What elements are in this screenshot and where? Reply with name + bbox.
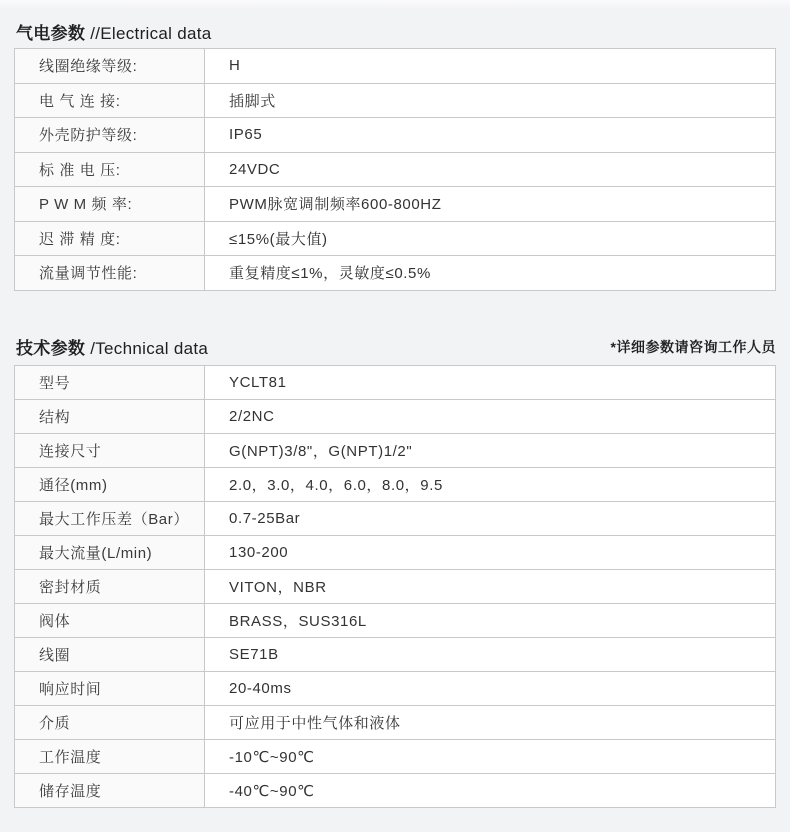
table-row: 最大流量(L/min) 130-200 [15,536,775,570]
row-value: 插脚式 [205,84,775,118]
row-label: 最大工作压差（Bar） [15,502,205,535]
row-value: BRASS，SUS316L [205,604,775,637]
electrical-title-en: //Electrical data [90,24,211,43]
table-row: 最大工作压差（Bar） 0.7-25Bar [15,502,775,536]
row-value: 24VDC [205,153,775,187]
technical-note: *详细参数请咨询工作人员 [611,337,776,357]
row-label: 结构 [15,400,205,433]
row-value: G(NPT)3/8"，G(NPT)1/2" [205,434,775,467]
technical-section-title: 技术参数 /Technical data [16,334,208,359]
row-label: 工作温度 [15,740,205,773]
table-row: P W M 频 率: PWM脉宽调制频率600-800HZ [15,187,775,222]
table-row: 阀体 BRASS，SUS316L [15,604,775,638]
spec-sheet-page: 气电参数 //Electrical data 线圈绝缘等级: H 电 气 连 接… [0,0,790,832]
row-label: 电 气 连 接: [15,84,205,118]
table-row: 介质 可应用于中性气体和液体 [15,706,775,740]
row-label: 标 准 电 压: [15,153,205,187]
row-label: 流量调节性能: [15,256,205,290]
row-label: 储存温度 [15,774,205,807]
row-label: 阀体 [15,604,205,637]
row-label: 迟 滞 精 度: [15,222,205,256]
row-label: 型号 [15,366,205,399]
table-row: 线圈绝缘等级: H [15,49,775,84]
table-row: 线圈 SE71B [15,638,775,672]
electrical-title-zh: 气电参数 [16,24,85,43]
row-value: ≤15%(最大值) [205,222,775,256]
row-label: 连接尺寸 [15,434,205,467]
table-row: 密封材质 VITON，NBR [15,570,775,604]
row-value: -10℃~90℃ [205,740,775,773]
table-row: 流量调节性能: 重复精度≤1%，灵敏度≤0.5% [15,256,775,291]
row-value: 130-200 [205,536,775,569]
row-value: 可应用于中性气体和液体 [205,706,775,739]
row-label: 通径(mm) [15,468,205,501]
table-row: 迟 滞 精 度: ≤15%(最大值) [15,222,775,257]
row-label: 外壳防护等级: [15,118,205,152]
table-row: 外壳防护等级: IP65 [15,118,775,153]
row-value: 2.0，3.0，4.0，6.0，8.0，9.5 [205,468,775,501]
table-row: 通径(mm) 2.0，3.0，4.0，6.0，8.0，9.5 [15,468,775,502]
electrical-data-table: 线圈绝缘等级: H 电 气 连 接: 插脚式 外壳防护等级: IP65 标 准 … [14,48,776,291]
table-row: 标 准 电 压: 24VDC [15,153,775,188]
table-row: 响应时间 20-40ms [15,672,775,706]
electrical-section-title: 气电参数 //Electrical data [16,19,212,44]
row-value: PWM脉宽调制频率600-800HZ [205,187,775,221]
table-row: 储存温度 -40℃~90℃ [15,774,775,808]
row-label: P W M 频 率: [15,187,205,221]
row-value: YCLT81 [205,366,775,399]
row-label: 介质 [15,706,205,739]
table-row: 工作温度 -10℃~90℃ [15,740,775,774]
technical-title-zh: 技术参数 [16,339,85,358]
row-label: 线圈 [15,638,205,671]
row-value: 重复精度≤1%，灵敏度≤0.5% [205,256,775,290]
row-label: 响应时间 [15,672,205,705]
row-value: H [205,49,775,83]
row-value: VITON，NBR [205,570,775,603]
row-label: 密封材质 [15,570,205,603]
row-value: 0.7-25Bar [205,502,775,535]
row-label: 线圈绝缘等级: [15,49,205,83]
row-value: IP65 [205,118,775,152]
row-label: 最大流量(L/min) [15,536,205,569]
technical-title-en: /Technical data [90,339,208,358]
row-value: 20-40ms [205,672,775,705]
table-row: 电 气 连 接: 插脚式 [15,84,775,119]
technical-data-table: 型号 YCLT81 结构 2/2NC 连接尺寸 G(NPT)3/8"，G(NPT… [14,365,776,808]
table-row: 结构 2/2NC [15,400,775,434]
row-value: -40℃~90℃ [205,774,775,807]
row-value: SE71B [205,638,775,671]
table-row: 连接尺寸 G(NPT)3/8"，G(NPT)1/2" [15,434,775,468]
row-value: 2/2NC [205,400,775,433]
table-row: 型号 YCLT81 [15,366,775,400]
